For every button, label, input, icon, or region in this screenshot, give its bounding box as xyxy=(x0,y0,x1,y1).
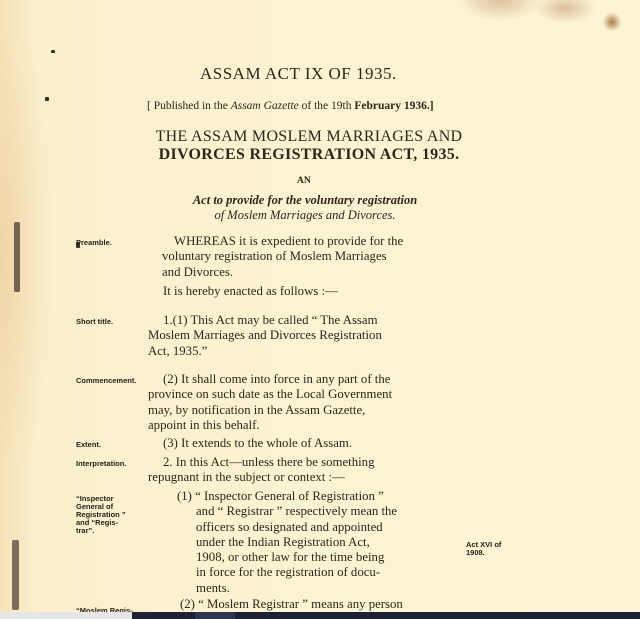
stain-mark xyxy=(14,222,20,292)
text-line: appoint in this behalf. xyxy=(148,418,461,433)
publication-date: February 1936.] xyxy=(354,100,433,112)
gazette-name: Assam Gazette xyxy=(231,100,299,112)
section-2: 2. In this Act—unless there be something… xyxy=(148,455,461,486)
stain-mark xyxy=(12,540,19,610)
text-line: WHEREAS it is expedient to provide for t… xyxy=(162,234,460,249)
margin-note-preamble: Preamble. xyxy=(76,239,112,247)
margin-note-inspector-general: “Inspector General of Registration ” and… xyxy=(76,495,126,535)
text-line: officers so designated and appointed xyxy=(180,520,461,535)
section-2-1: (1) “ Inspector General of Registration … xyxy=(180,489,461,596)
scanned-page: ASSAM ACT IX OF 1935. [ Published in the… xyxy=(0,0,640,612)
text-line: Moslem Marriages and Divorces Registrati… xyxy=(148,328,461,343)
long-title-line-1: Act to provide for the voluntary registr… xyxy=(140,193,470,208)
text-line: province on such date as the Local Gover… xyxy=(148,387,461,402)
act-title: ASSAM ACT IX OF 1935. xyxy=(200,64,397,84)
an-heading: AN xyxy=(297,176,311,186)
margin-note-short-title: Short title. xyxy=(76,318,113,326)
text-line: 2. In this Act—unless there be something xyxy=(148,455,461,470)
text-line: Act, 1935.” xyxy=(148,344,461,359)
viewer-bar-segment xyxy=(0,612,132,619)
text-line: 1.(1) This Act may be called “ The Assam xyxy=(148,313,461,328)
stain-mark xyxy=(45,97,49,101)
enacting-clause: It is hereby enacted as follows :— xyxy=(163,284,461,299)
viewer-bottom-bar xyxy=(0,612,640,619)
text-line: (1) “ Inspector General of Registration … xyxy=(177,489,461,504)
text-line: in force for the registration of docu- xyxy=(180,565,461,580)
text-line: ments. xyxy=(180,581,461,596)
act-name-line-1: THE ASSAM MOSLEM MARRIAGES AND xyxy=(149,128,469,146)
text-line: and Divorces. xyxy=(162,265,460,280)
publication-middle: of the 19th xyxy=(299,100,355,112)
long-title-line-2: of Moslem Marriages and Divorces. xyxy=(140,208,470,223)
viewer-bar-segment xyxy=(195,612,235,619)
text-line: It is hereby enacted as follows :— xyxy=(163,284,461,299)
publication-prefix: [ Published in the xyxy=(147,100,231,112)
text-line: under the Indian Registration Act, xyxy=(180,535,461,550)
text-line: and “ Registrar ” respectively mean the xyxy=(180,504,461,519)
margin-note-interpretation: Interpretation. xyxy=(76,460,126,468)
text-line: (2) It shall come into force in any part… xyxy=(148,372,461,387)
act-name: THE ASSAM MOSLEM MARRIAGES AND DIVORCES … xyxy=(149,128,469,164)
text-line: voluntary registration of Moslem Marriag… xyxy=(162,249,460,264)
section-1-3: (3) It extends to the whole of Assam. xyxy=(163,436,463,451)
long-title: Act to provide for the voluntary registr… xyxy=(140,193,470,223)
margin-note-act-xvi: Act XVI of 1908. xyxy=(466,541,501,557)
text-line: may, by notification in the Assam Gazett… xyxy=(148,403,461,418)
text-line: (2) “ Moslem Registrar ” means any perso… xyxy=(180,597,465,612)
text-line: (3) It extends to the whole of Assam. xyxy=(163,436,463,451)
text-line: repugnant in the subject or context :— xyxy=(148,470,461,485)
act-name-line-2: DIVORCES REGISTRATION ACT, 1935. xyxy=(149,146,469,164)
margin-line: 1908. xyxy=(466,549,501,557)
section-1-1: 1.(1) This Act may be called “ The Assam… xyxy=(148,313,461,359)
margin-line: trar”. xyxy=(76,527,126,535)
margin-note-commencement: Commencement. xyxy=(76,377,136,385)
margin-note-extent: Extent. xyxy=(76,441,101,449)
preamble-text: WHEREAS it is expedient to provide for t… xyxy=(162,234,460,280)
section-1-2: (2) It shall come into force in any part… xyxy=(148,372,461,433)
stain-mark xyxy=(51,50,55,53)
publication-note: [ Published in the Assam Gazette of the … xyxy=(147,100,434,112)
text-line: 1908, or other law for the time being xyxy=(180,550,461,565)
section-2-2: (2) “ Moslem Registrar ” means any perso… xyxy=(180,597,465,612)
